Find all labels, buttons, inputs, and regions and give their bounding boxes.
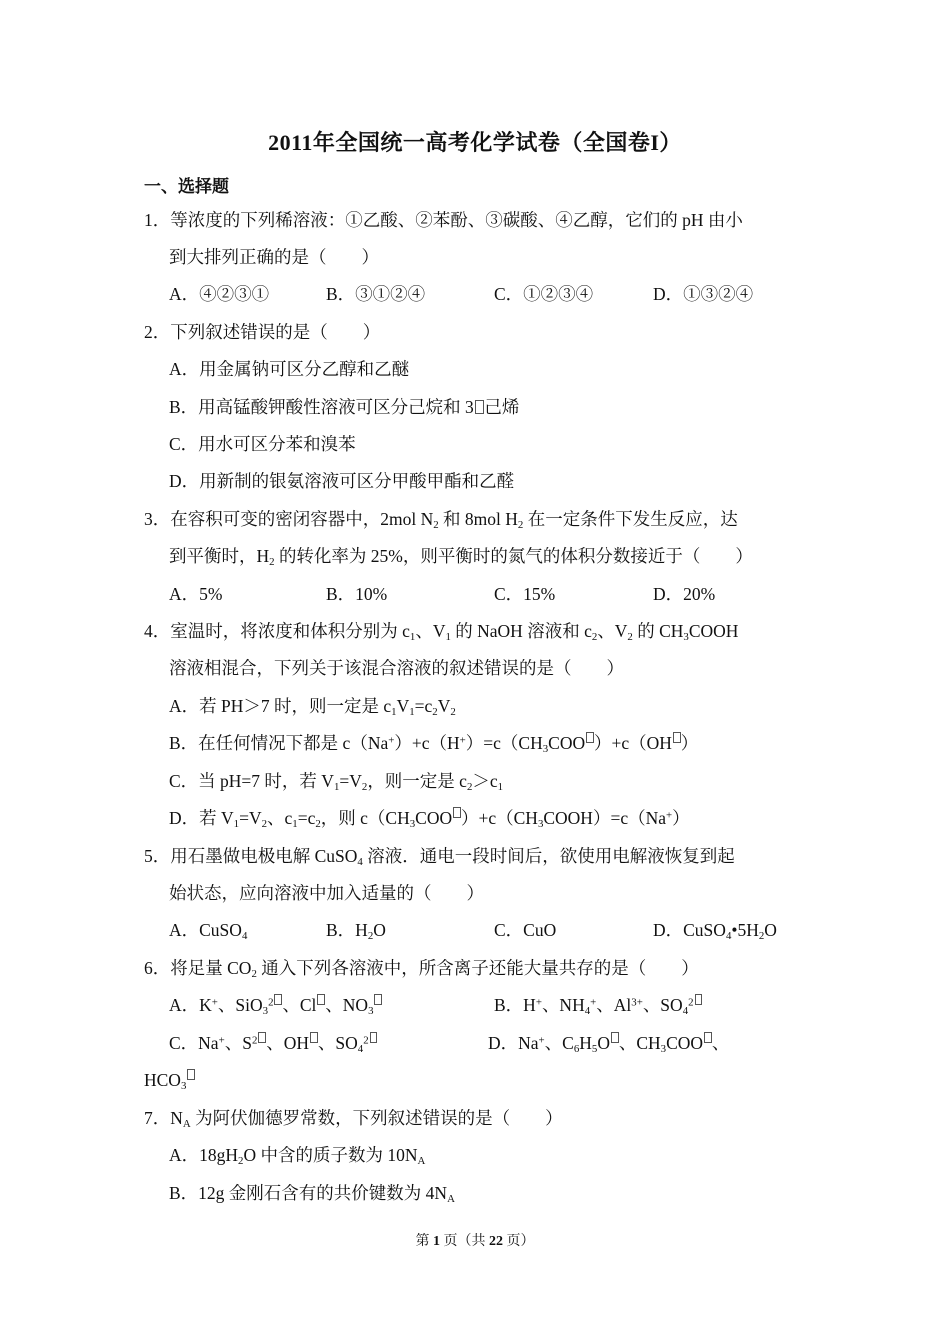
q5-options-D: D．CuSO4•5H2O	[653, 919, 777, 941]
footer-mid: 页（共	[444, 1234, 486, 1249]
q3-options-D: D．20%	[653, 583, 715, 605]
text-line-q4-B: B．在任何情况下都是 c（Na+）+c（H+）=c（CH3COO）+c（OH）	[169, 732, 698, 754]
text-line-q2-D: D．用新制的银氨溶液可区分甲酸甲酯和乙醛	[169, 470, 514, 492]
document-title: 2011年全国统一高考化学试卷（全国卷I）	[0, 126, 950, 157]
text-line-q5-l2: 始状态，应向溶液中加入适量的（ ）	[169, 882, 484, 904]
text-line-q7-B: B．12g 金刚石含有的共价键数为 4NA	[169, 1182, 455, 1204]
text-line-q6-D: D．Na+、C6H5O、CH3COO、	[488, 1032, 729, 1054]
missing-glyph-icon	[611, 1032, 619, 1043]
footer-suffix: 页）	[507, 1234, 535, 1249]
exam-page: 2011年全国统一高考化学试卷（全国卷I） 一、选择题 1．等浓度的下列稀溶液：…	[0, 0, 950, 1344]
q5-options-A: A．CuSO4	[169, 919, 247, 941]
text-line-q6-l1: 6．将足量 CO2 通入下列各溶液中，所含离子还能大量共存的是（ ）	[144, 957, 699, 979]
missing-glyph-icon	[475, 400, 485, 414]
text-line-q2-A: A．用金属钠可区分乙醇和乙醚	[169, 358, 409, 380]
page-footer: 第 1 页（共 22 页）	[0, 1230, 950, 1250]
text-line-q4-l1: 4．室温时，将浓度和体积分别为 c1、V1 的 NaOH 溶液和 c2、V2 的…	[144, 620, 738, 642]
text-line-q1-l1: 1．等浓度的下列稀溶液：①乙酸、②苯酚、③碳酸、④乙醇，它们的 pH 由小	[144, 209, 743, 231]
q5-options-C: C．CuO	[494, 919, 556, 941]
text-line-q6-B: B．H+、NH4+、Al3+、SO42	[494, 994, 702, 1016]
q1-options-D: D．①③②④	[653, 283, 753, 305]
text-line-q2-C: C．用水可区分苯和溴苯	[169, 433, 356, 455]
missing-glyph-icon	[370, 1032, 378, 1043]
text-line-q6-D2: HCO3	[144, 1069, 195, 1091]
q5-options-B: B．H2O	[326, 919, 386, 941]
missing-glyph-icon	[374, 994, 382, 1005]
text-line-q6-C: C．Na+、S2、OH、SO42	[169, 1032, 377, 1054]
text-line-q7-l1: 7．NA 为阿伏伽德罗常数，下列叙述错误的是（ ）	[144, 1107, 563, 1129]
text-line-q6-A: A．K+、SiO32、Cl、NO3	[169, 994, 382, 1016]
text-line-q5-l1: 5．用石墨做电极电解 CuSO4 溶液．通电一段时间后，欲使用电解液恢复到起	[144, 845, 735, 867]
text-line-q3-l1: 3．在容积可变的密闭容器中，2mol N2 和 8mol H2 在一定条件下发生…	[144, 508, 738, 530]
footer-page-number: 1	[433, 1234, 440, 1249]
text-line-q3-l2: 到平衡时，H2 的转化率为 25%，则平衡时的氮气的体积分数接近于（ ）	[169, 545, 753, 567]
missing-glyph-icon	[695, 994, 703, 1005]
text-line-q2-l1: 2．下列叙述错误的是（ ）	[144, 321, 380, 343]
q1-options-C: C．①②③④	[494, 283, 593, 305]
q3-options-A: A．5%	[169, 583, 222, 605]
missing-glyph-icon	[673, 732, 681, 743]
text-line-q4-D: D．若 V1=V2、c1=c2，则 c（CH3COO）+c（CH3COOH）=c…	[169, 807, 690, 829]
text-line-q1-l2: 到大排列正确的是（ ）	[169, 246, 379, 268]
q1-options-B: B．③①②④	[326, 283, 425, 305]
q1-options-A: A．④②③①	[169, 283, 269, 305]
missing-glyph-icon	[310, 1032, 318, 1043]
section-heading: 一、选择题	[144, 172, 229, 197]
text-line-q2-B: B．用高锰酸钾酸性溶液可区分己烷和 3己烯	[169, 396, 519, 418]
q3-options-B: B．10%	[326, 583, 387, 605]
text-line-q4-A: A．若 PH＞7 时，则一定是 c1V1=c2V2	[169, 695, 456, 717]
missing-glyph-icon	[704, 1032, 712, 1043]
text-line-q4-C: C．当 pH=7 时，若 V1=V2，则一定是 c2＞c1	[169, 770, 503, 792]
text-line-q7-A: A．18gH2O 中含的质子数为 10NA	[169, 1144, 425, 1166]
text-line-q4-l2: 溶液相混合，下列关于该混合溶液的叙述错误的是（ ）	[169, 657, 624, 679]
footer-total-pages: 22	[489, 1234, 503, 1249]
missing-glyph-icon	[453, 807, 461, 818]
missing-glyph-icon	[187, 1069, 195, 1080]
footer-prefix: 第	[416, 1234, 430, 1249]
q3-options-C: C．15%	[494, 583, 555, 605]
missing-glyph-icon	[586, 732, 594, 743]
